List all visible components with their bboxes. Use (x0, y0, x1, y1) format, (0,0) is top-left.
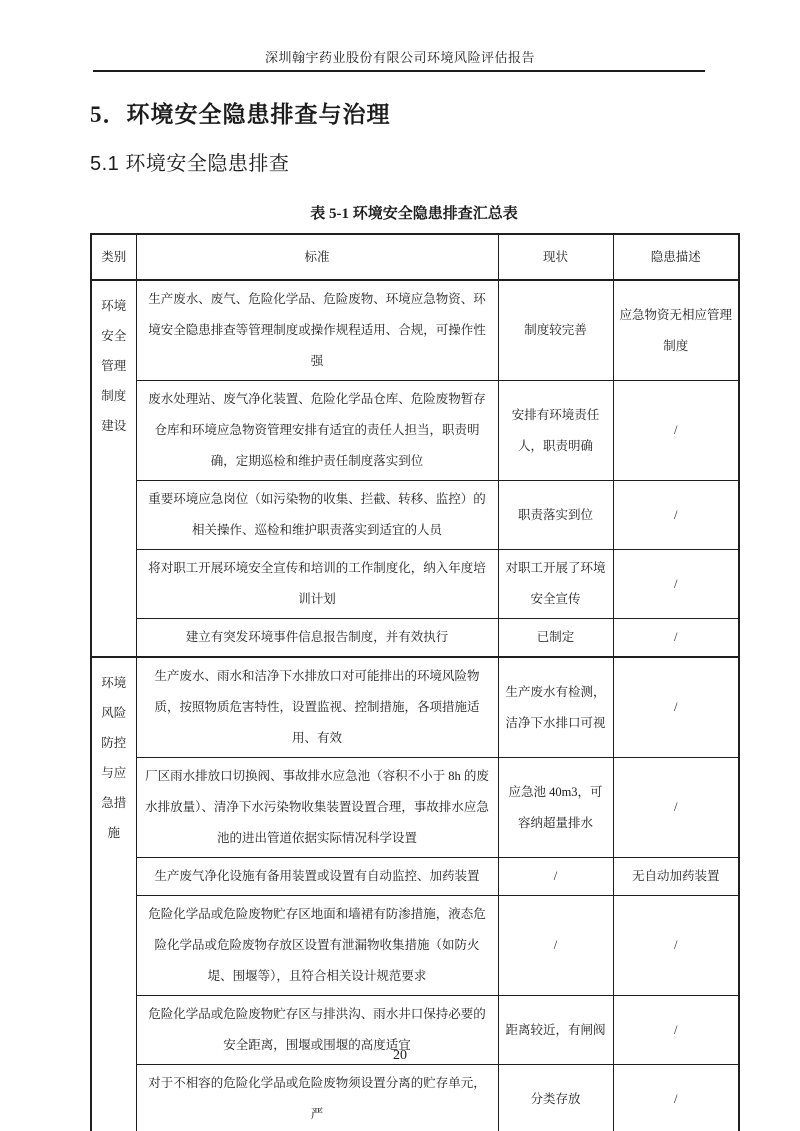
table-row: 环境安全管理制度建设生产废水、废气、危险化学品、危险废物、环境应急物资、环境安全… (91, 280, 739, 381)
standard-cell: 生产废气净化设施有备用装置或设置有自动监控、加药装置 (136, 858, 498, 896)
column-header-status: 现状 (498, 234, 613, 280)
section-heading: 5．环境安全隐患排查与治理 (90, 96, 391, 129)
subsection-heading: 5.1 环境安全隐患排查 (90, 147, 289, 176)
inspection-table-body: 环境安全管理制度建设生产废水、废气、危险化学品、危险废物、环境应急物资、环境安全… (91, 280, 739, 1131)
status-cell: 制度较完善 (498, 280, 613, 381)
status-cell: 生产废水有检测，洁净下水排口可视 (498, 657, 613, 758)
standard-cell: 将对职工开展环境安全宣传和培训的工作制度化，纳入年度培训计划 (136, 550, 498, 619)
status-cell: 分类存放 (498, 1065, 613, 1131)
status-cell: 已制定 (498, 619, 613, 658)
hazard-cell: 应急物资无相应管理制度 (613, 280, 739, 381)
running-header: 深圳翰宇药业股份有限公司环境风险评估报告 (0, 47, 800, 66)
hazard-cell: / (613, 481, 739, 550)
standard-cell: 厂区雨水排放口切换阀、事故排水应急池（容积不小于 8h 的废水排放量）、清净下水… (136, 758, 498, 858)
hazard-cell: / (613, 381, 739, 481)
table-row: 对于不相容的危险化学品或危险废物须设置分离的贮存单元，严分类存放/ (91, 1065, 739, 1131)
table-row: 建立有突发环境事件信息报告制度，并有效执行已制定/ (91, 619, 739, 658)
hazard-cell: / (613, 619, 739, 658)
hazard-cell: / (613, 550, 739, 619)
table-row: 危险化学品或危险废物贮存区地面和墙裙有防渗措施，液态危险化学品或危险废物存放区设… (91, 896, 739, 996)
hazard-cell: / (613, 1065, 739, 1131)
standard-cell: 重要环境应急岗位（如污染物的收集、拦截、转移、监控）的相关操作、巡检和维护职责落… (136, 481, 498, 550)
column-header-hazard: 隐患描述 (613, 234, 739, 280)
hazard-cell: / (613, 896, 739, 996)
hazard-cell: / (613, 758, 739, 858)
standard-cell: 对于不相容的危险化学品或危险废物须设置分离的贮存单元，严 (136, 1065, 498, 1131)
table-header-row: 类别 标准 现状 隐患描述 (91, 234, 739, 280)
column-header-category: 类别 (91, 234, 136, 280)
table-row: 环境风险防控与应急措施生产废水、雨水和洁净下水排放口对可能排出的环境风险物质，按… (91, 657, 739, 758)
table-row: 将对职工开展环境安全宣传和培训的工作制度化，纳入年度培训计划对职工开展了环境安全… (91, 550, 739, 619)
inspection-summary-table: 类别 标准 现状 隐患描述 环境安全管理制度建设生产废水、废气、危险化学品、危险… (90, 233, 740, 1131)
hazard-cell: 无自动加药装置 (613, 858, 739, 896)
status-cell: 职责落实到位 (498, 481, 613, 550)
document-page: 深圳翰宇药业股份有限公司环境风险评估报告 5．环境安全隐患排查与治理 5.1 环… (0, 0, 800, 1131)
standard-cell: 危险化学品或危险废物贮存区地面和墙裙有防渗措施，液态危险化学品或危险废物存放区设… (136, 896, 498, 996)
standard-cell: 建立有突发环境事件信息报告制度，并有效执行 (136, 619, 498, 658)
status-cell: 安排有环境责任人，职责明确 (498, 381, 613, 481)
header-rule (93, 70, 705, 72)
status-cell: 应急池 40m3，可容纳超量排水 (498, 758, 613, 858)
status-cell: / (498, 858, 613, 896)
standard-cell: 生产废水、雨水和洁净下水排放口对可能排出的环境风险物质，按照物质危害特性，设置监… (136, 657, 498, 758)
table-row: 废水处理站、废气净化装置、危险化学品仓库、危险废物暂存仓库和环境应急物资管理安排… (91, 381, 739, 481)
page-number: 20 (0, 1048, 800, 1064)
standard-cell: 废水处理站、废气净化装置、危险化学品仓库、危险废物暂存仓库和环境应急物资管理安排… (136, 381, 498, 481)
column-header-standard: 标准 (136, 234, 498, 280)
hazard-cell: / (613, 657, 739, 758)
standard-cell: 生产废水、废气、危险化学品、危险废物、环境应急物资、环境安全隐患排查等管理制度或… (136, 280, 498, 381)
status-cell: 对职工开展了环境安全宣传 (498, 550, 613, 619)
status-cell: / (498, 896, 613, 996)
table-row: 厂区雨水排放口切换阀、事故排水应急池（容积不小于 8h 的废水排放量）、清净下水… (91, 758, 739, 858)
category-cell: 环境安全管理制度建设 (91, 280, 136, 657)
table-row: 生产废气净化设施有备用装置或设置有自动监控、加药装置/无自动加药装置 (91, 858, 739, 896)
table-caption: 表 5-1 环境安全隐患排查汇总表 (90, 202, 738, 223)
table-row: 重要环境应急岗位（如污染物的收集、拦截、转移、监控）的相关操作、巡检和维护职责落… (91, 481, 739, 550)
